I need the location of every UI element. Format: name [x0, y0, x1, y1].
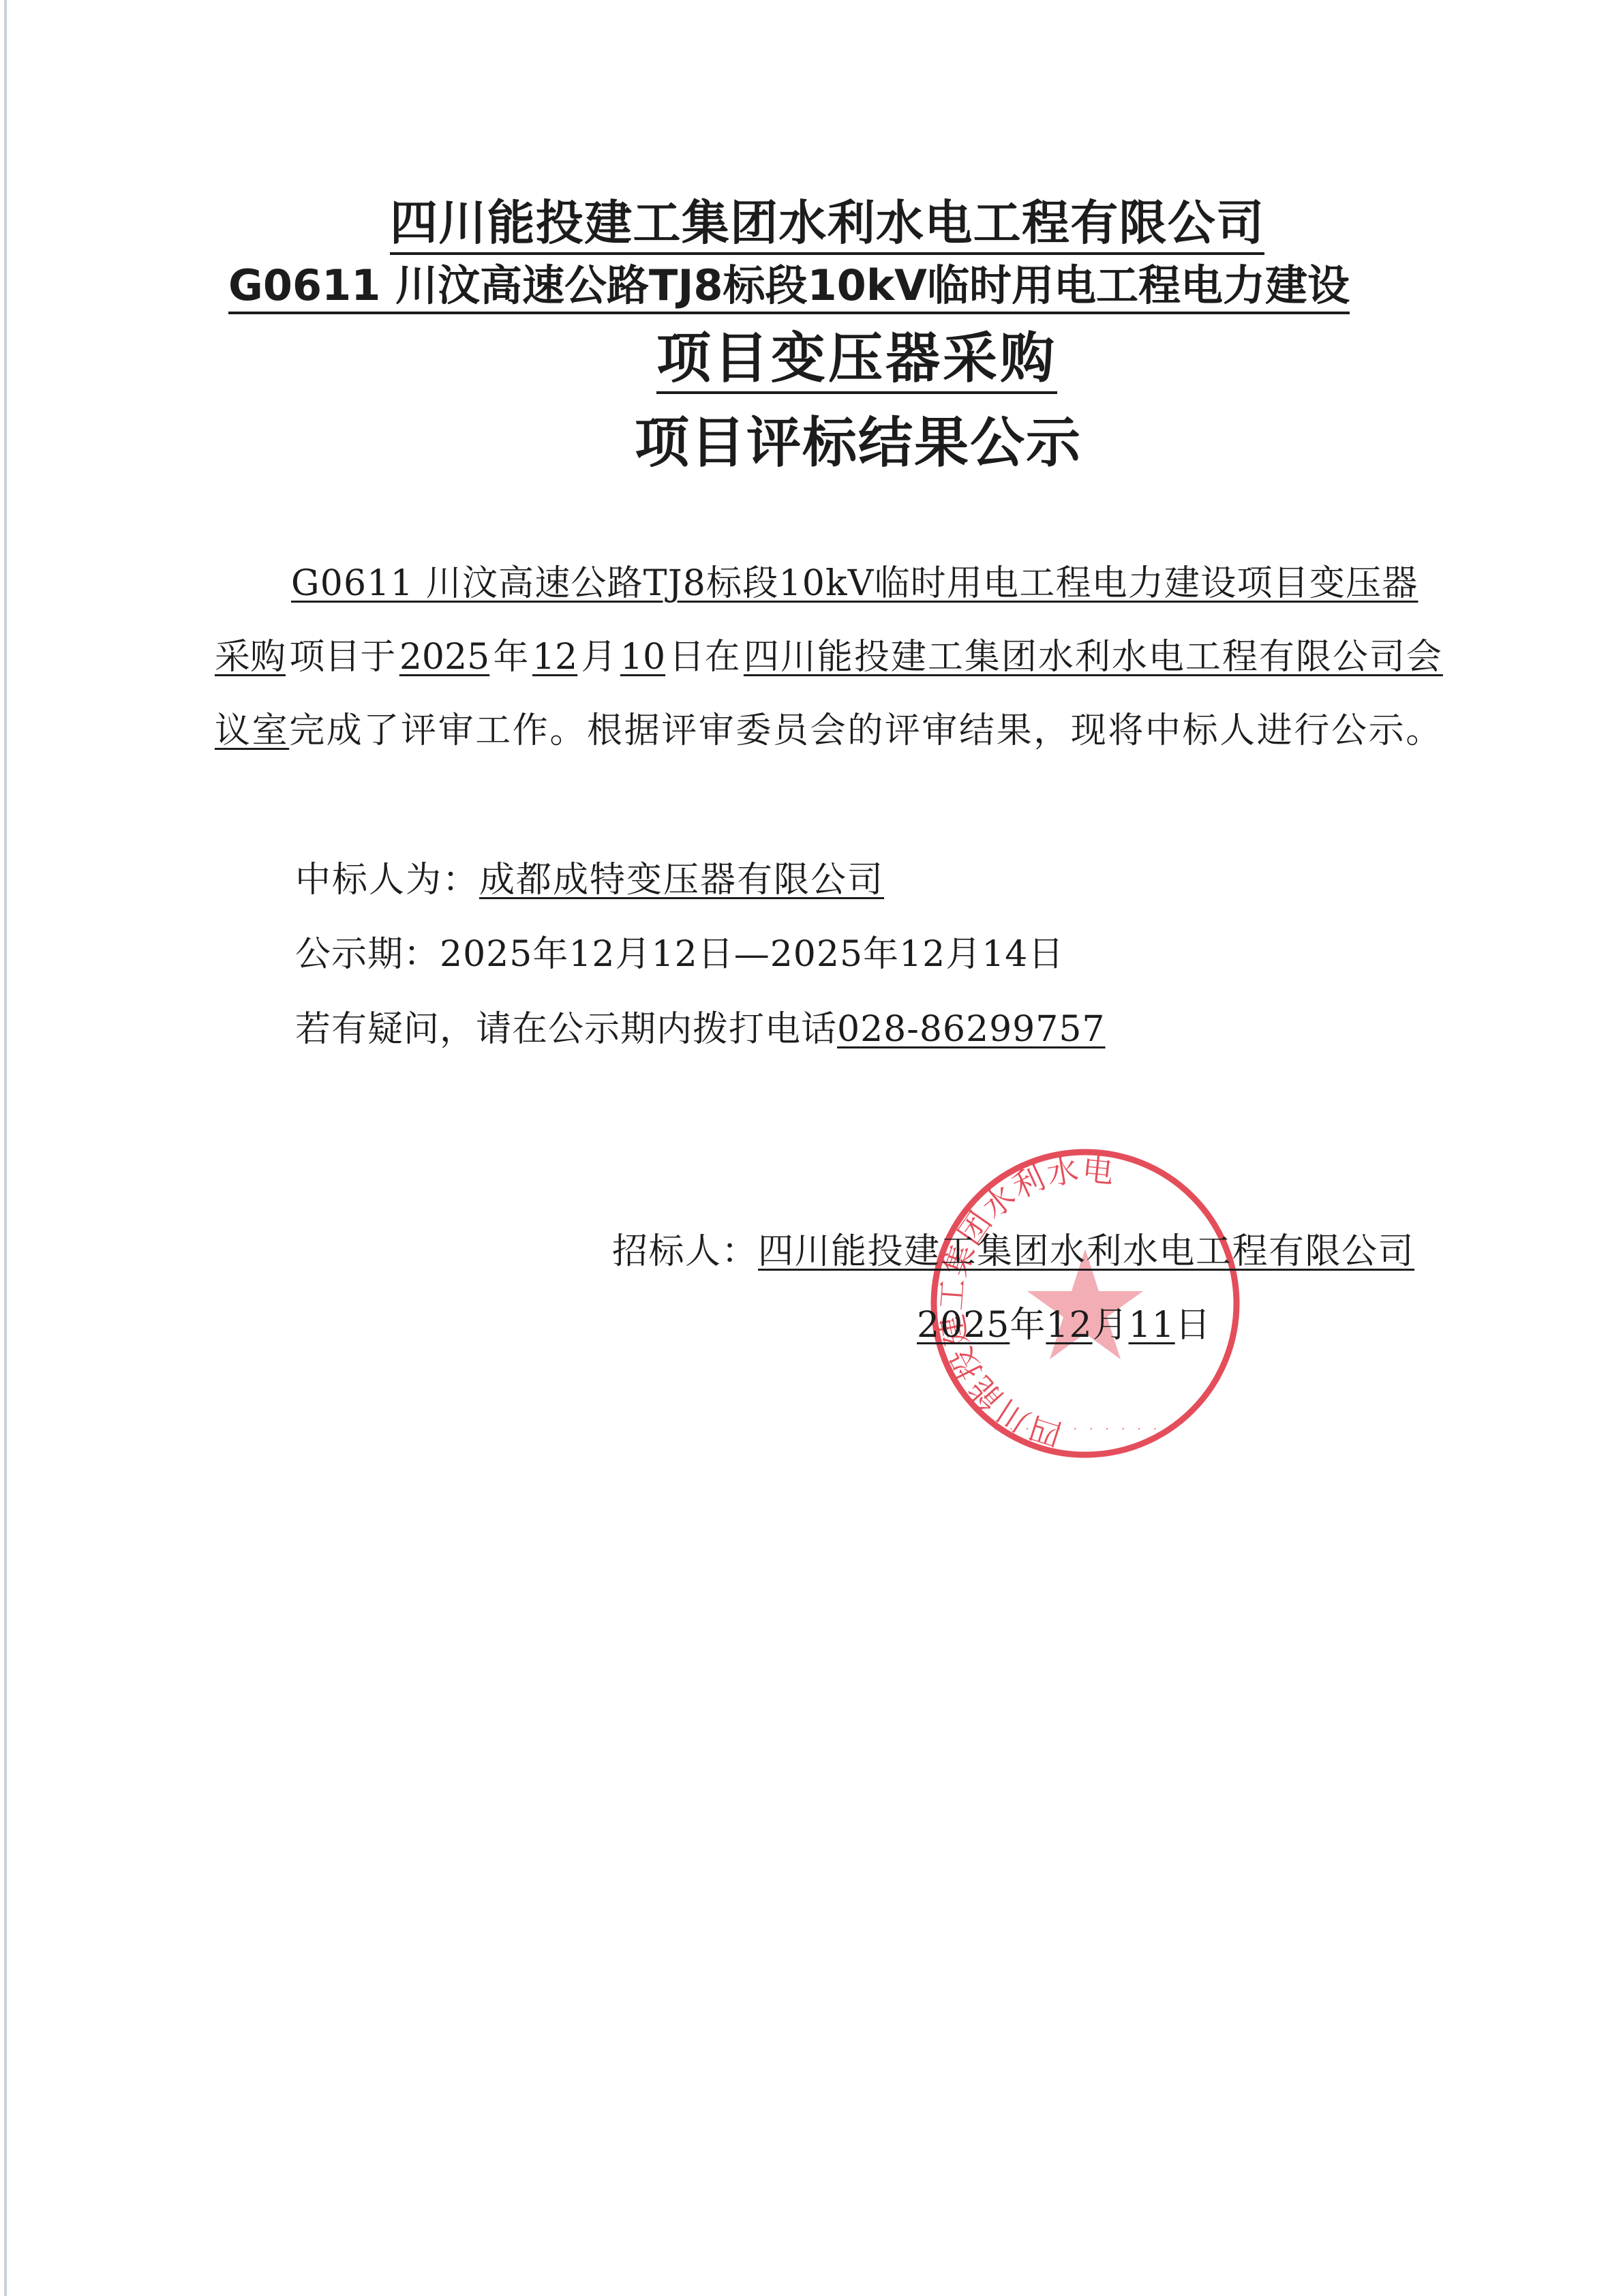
project-name: G0611 川汶高速公路TJ8标段10kV临时用电工程电力建设项目变压器 — [291, 563, 1418, 604]
body-text: 完成了评审工作。根据评审委员会的评审结果，现将中标人进行公示。 — [289, 710, 1443, 751]
date-year-suffix: 年 — [1010, 1305, 1046, 1346]
signer-line: 招标人：四川能投建工集团水利水电工程有限公司 — [612, 1234, 1414, 1269]
winner-label: 中标人为： — [295, 860, 479, 901]
contact-line: 若有疑问，请在公示期内拨打电话028-86299757 — [295, 1012, 1106, 1047]
eval-day: 10 — [620, 639, 665, 675]
body-text: 日在 — [669, 639, 740, 675]
body-line-2: 采购 项目于 2025 年 12 月 10 日在 四川能投建工集团水利水电工程有… — [215, 639, 1443, 675]
title-line-4: 项目评标结果公示 — [635, 416, 1082, 470]
title-procurement: 项目变压器采购 — [656, 327, 1057, 394]
body-text: 项目于 — [289, 639, 395, 675]
date-month-suffix: 月 — [1093, 1305, 1129, 1346]
body-line-3: 议室完成了评审工作。根据评审委员会的评审结果，现将中标人进行公示。 — [215, 713, 1443, 749]
period-line: 公示期：2025年12月12日—2025年12月14日 — [295, 937, 1064, 972]
scan-edge-line — [4, 0, 7, 2296]
title-line-3: 项目变压器采购 — [656, 331, 1057, 386]
title-line-1: 四川能投建工集团水利水电工程有限公司 — [390, 199, 1264, 247]
title-announcement: 项目评标结果公示 — [635, 411, 1082, 474]
title-company: 四川能投建工集团水利水电工程有限公司 — [390, 195, 1264, 255]
body-text: 年 — [494, 639, 529, 675]
date-month: 12 — [1046, 1305, 1092, 1346]
eval-year: 2025 — [399, 639, 489, 675]
date-day-suffix: 日 — [1175, 1305, 1211, 1346]
company-seal: 四川能投建工集团水利水电工程有限公司 · · · · · · · · · · ·… — [928, 1147, 1242, 1460]
svg-text:四川能投建工集团水利水电工程有限公司: 四川能投建工集团水利水电工程有限公司 — [928, 1147, 1119, 1460]
date-year: 2025 — [917, 1305, 1010, 1346]
eval-location-end: 议室 — [215, 710, 289, 751]
period-value: 2025年12月12日—2025年12月14日 — [440, 934, 1064, 975]
title-line-2: G0611 川汶高速公路TJ8标段10kV临时用电工程电力建设 — [228, 265, 1350, 307]
eval-location: 四川能投建工集团水利水电工程有限公司会 — [744, 639, 1443, 675]
body-line-1: G0611 川汶高速公路TJ8标段10kV临时用电工程电力建设项目变压器 — [291, 566, 1443, 601]
contact-text: 若有疑问，请在公示期内拨打电话 — [295, 1009, 837, 1050]
seal-text: 四川能投建工集团水利水电工程有限公司 — [928, 1147, 1119, 1460]
eval-month: 12 — [532, 639, 577, 675]
project-name-end: 采购 — [215, 639, 286, 675]
contact-phone: 028-86299757 — [837, 1009, 1106, 1050]
period-label: 公示期： — [295, 934, 440, 975]
signer-label: 招标人： — [612, 1231, 758, 1272]
signer-name: 四川能投建工集团水利水电工程有限公司 — [758, 1231, 1414, 1272]
date-line: 2025年12月11日 — [917, 1308, 1211, 1343]
date-day: 11 — [1129, 1305, 1175, 1346]
winner-line: 中标人为：成都成特变压器有限公司 — [295, 862, 884, 898]
body-text: 月 — [581, 639, 617, 675]
svg-text:· · · · · · · · · · · ·: · · · · · · · · · · · · — [993, 1422, 1177, 1436]
title-project: G0611 川汶高速公路TJ8标段10kV临时用电工程电力建设 — [228, 260, 1350, 314]
winner-name: 成都成特变压器有限公司 — [479, 860, 884, 901]
